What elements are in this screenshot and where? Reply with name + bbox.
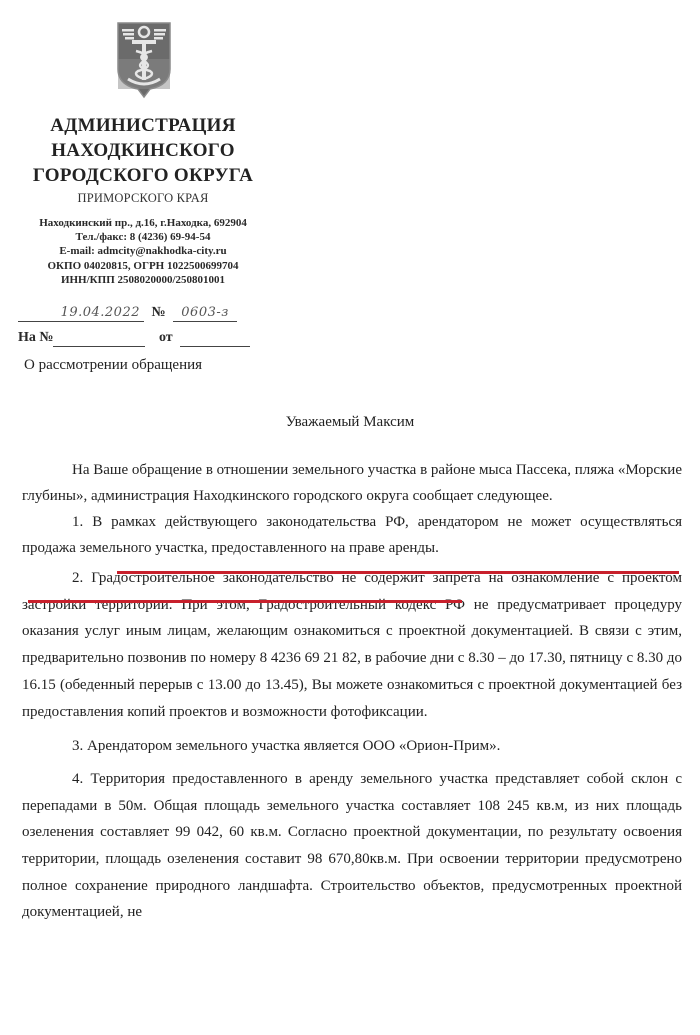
contact-block: Находкинский пр., д.16, г.Находка, 69290… [0,216,286,287]
org-line: АДМИНИСТРАЦИЯ [0,113,286,138]
reply-to-label: На № [18,330,53,345]
organization-name: АДМИНИСТРАЦИЯ НАХОДКИНСКОГО ГОРОДСКОГО О… [0,113,286,188]
paragraph-intro: На Ваше обращение в отношении земельного… [22,457,682,509]
number-label: № [152,305,166,320]
inn-kpp: ИНН/КПП 2508020000/250801001 [0,273,286,287]
org-line: ГОРОДСКОГО ОКРУГА [0,163,286,188]
paragraph-3: 3. Арендатором земельного участка являет… [22,733,682,760]
paragraph-4: 4. Территория предоставленного в аренду … [22,766,682,926]
from-label: от [159,330,173,345]
okpo-ogrn: ОКПО 04020815, ОГРН 1022500699704 [0,259,286,273]
coat-of-arms-icon [114,19,174,99]
address: Находкинский пр., д.16, г.Находка, 69290… [0,216,286,230]
highlight-underline [28,600,462,603]
email: E-mail: admcity@nakhodka-city.ru [0,244,286,258]
salutation: Уважаемый Максим [0,414,700,431]
paragraph-1: 1. В рамках действующего законодательств… [22,509,682,561]
letter-subject: О рассмотрении обращения [24,357,202,374]
letter-body: На Ваше обращение в отношении земельного… [22,457,682,926]
handwritten-number: 0603-з [181,305,229,320]
highlight-underline [117,571,679,574]
region: ПРИМОРСКОГО КРАЯ [0,191,286,206]
org-line: НАХОДКИНСКОГО [0,138,286,163]
paragraph-2: 2. Градостроительное законодательство не… [22,565,682,725]
handwritten-date: 19.04.2022 [61,305,140,320]
phone-fax: Тел./факс: 8 (4236) 69-94-54 [0,230,286,244]
